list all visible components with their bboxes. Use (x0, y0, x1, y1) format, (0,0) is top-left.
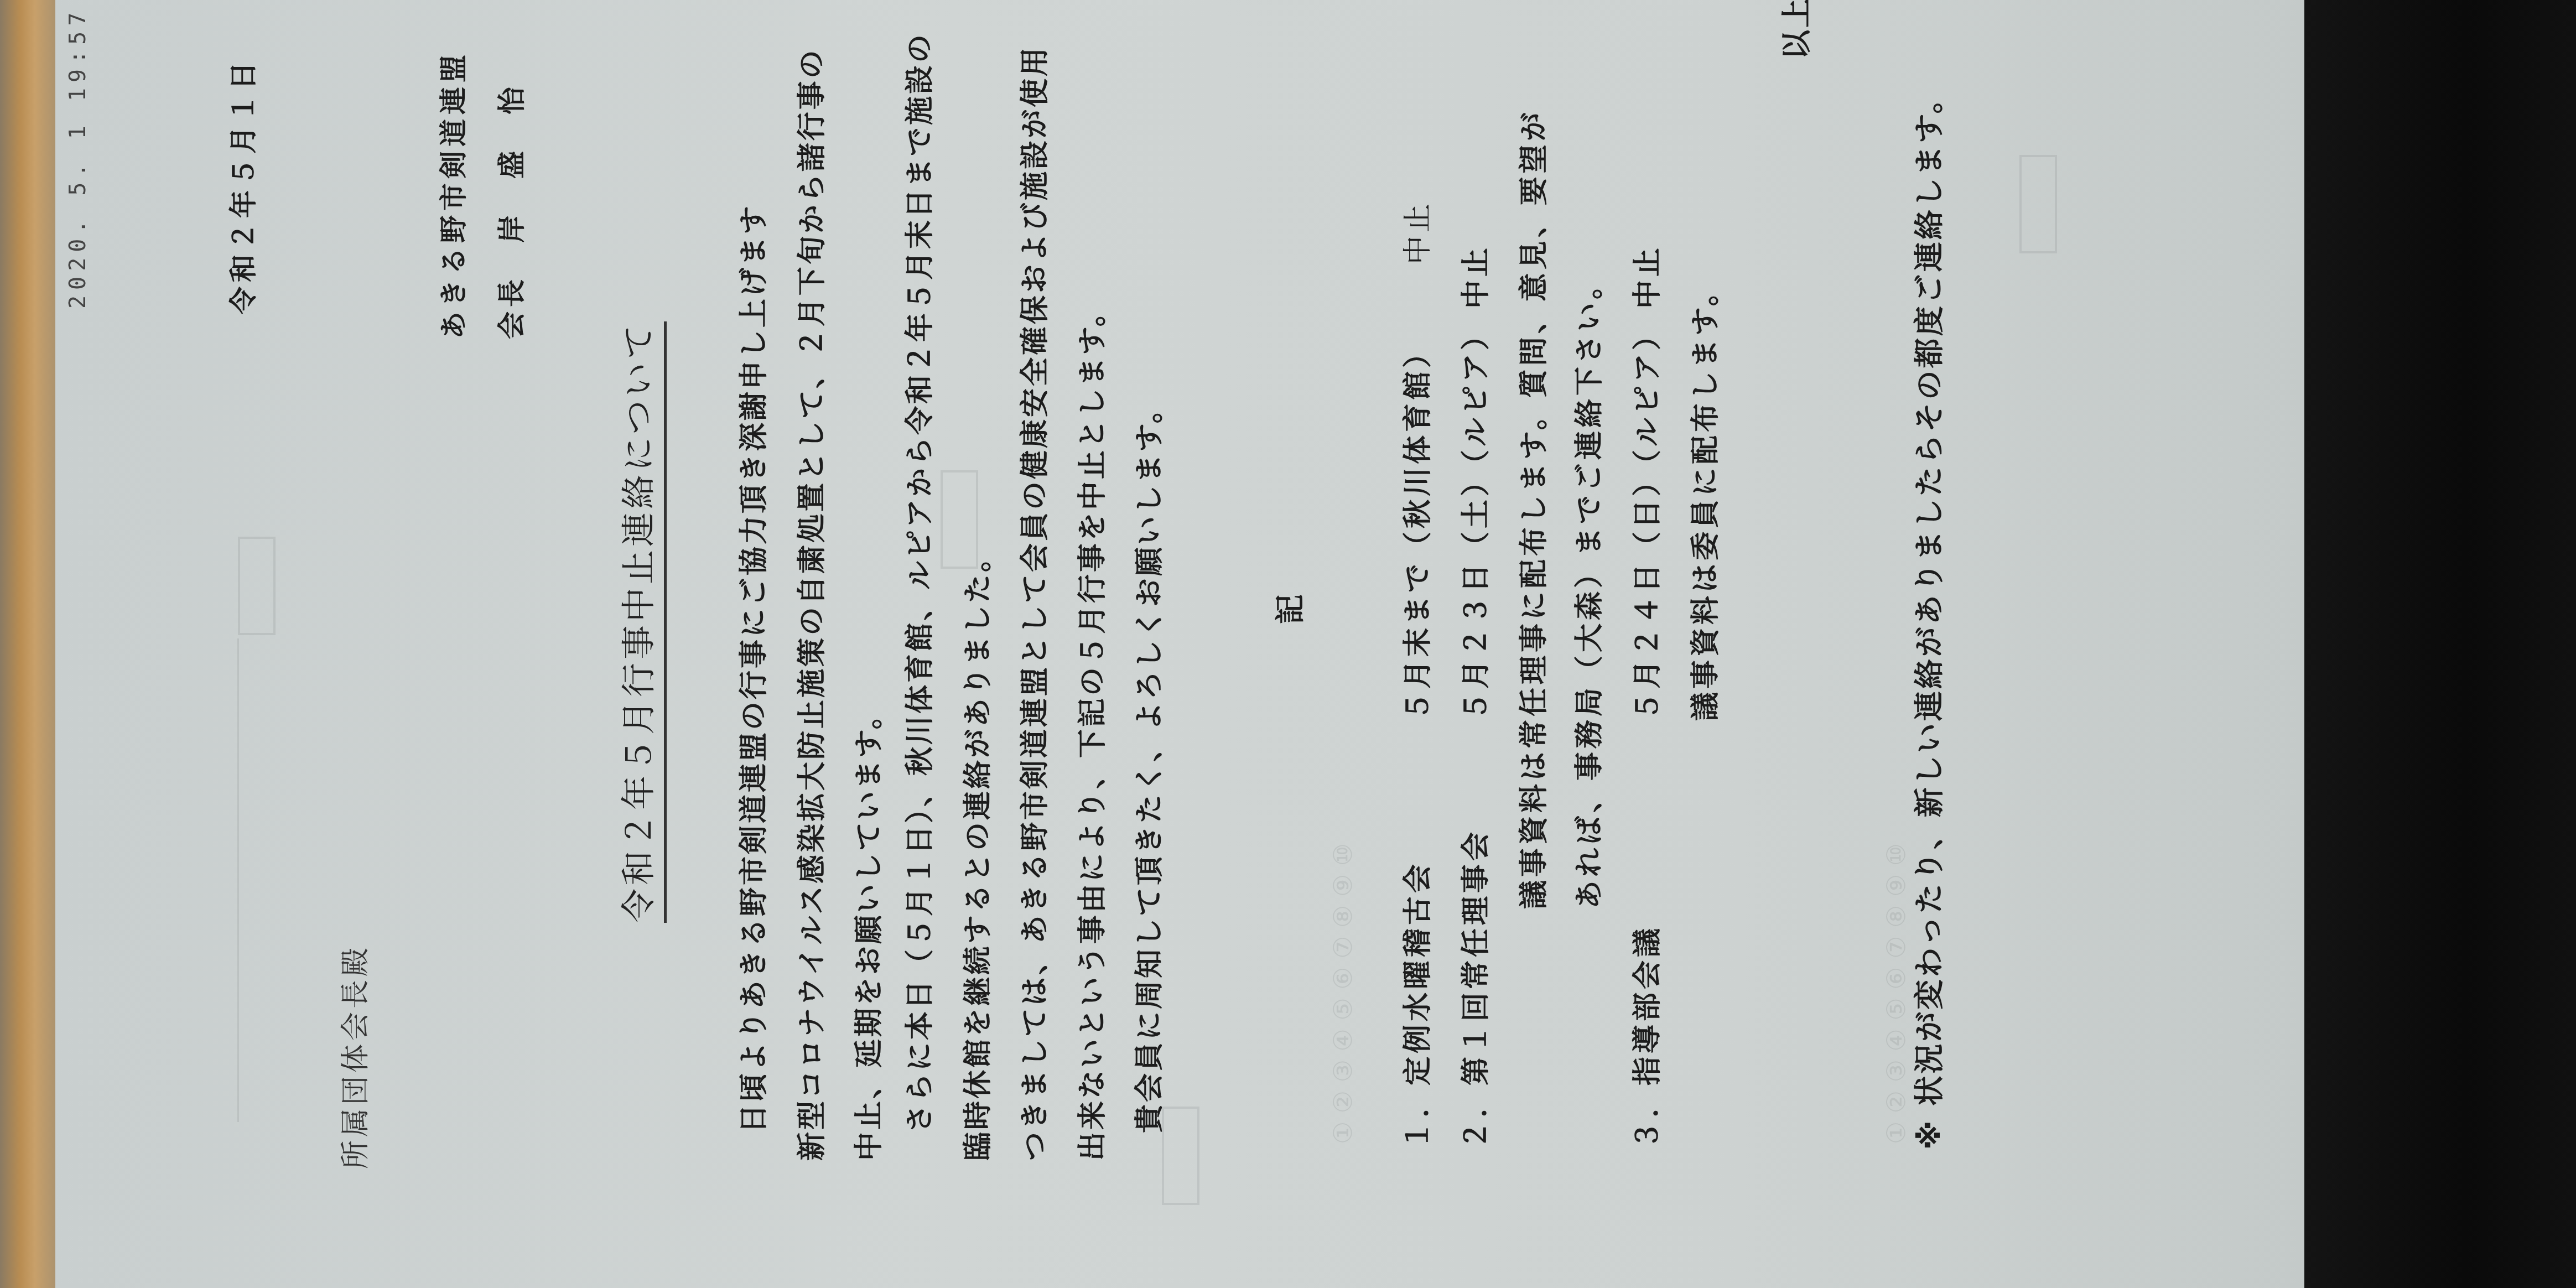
body-line: 臨時休館を継続するとの連絡がありました。 (954, 541, 996, 1161)
item-1-label: １．定例水曜稽古会 (1394, 861, 1436, 1150)
bleed-through-box (238, 537, 276, 635)
bleed-through-text: ――――――――――――――――――― (221, 638, 251, 1122)
item-3-note: 議事資料は委員に配布します。 (1682, 274, 1723, 721)
body-line: 中止、延期をお願いしています。 (845, 698, 887, 1161)
body-line: 日頃よりあきる野市剣道連盟の行事にご協力頂き深謝申し上げます (730, 204, 772, 1133)
ki-heading: 記 (1267, 594, 1310, 624)
item-1-status: 中止 (1394, 200, 1436, 264)
closing-ijo: 以上 (1773, 0, 1816, 60)
item-1-when: ５月末まで（秋川体育館） (1394, 336, 1436, 721)
item-2-when: ５月２３日（土）（ルピア） (1452, 318, 1494, 721)
item-2-status: 中止 (1452, 245, 1494, 309)
item-3-status: 中止 (1624, 245, 1665, 309)
addressee: 所属団体会長殿 (332, 944, 373, 1169)
item-2-note-line1: 議事資料は常任理事に配布します。質問、意見、要望が (1510, 109, 1552, 909)
fax-timestamp: 2020. 5. 1 19:57 P. (65, 0, 91, 309)
fax-document-page: ――――――――――――――――――― ① ② ③ ④ ⑤ ⑥ ⑦ ⑧ ⑨ ⑩ … (55, 0, 2304, 1288)
item-3-when: ５月２４日（日）（ルピア） (1624, 318, 1665, 721)
sender-organization: あきる野市剣道連盟 (432, 50, 471, 339)
bleed-through-text: ① ② ③ ④ ⑤ ⑥ ⑦ ⑧ ⑨ ⑩ (1328, 843, 1358, 1144)
dark-background (2304, 0, 2576, 1288)
body-line: 貴会員に周知して頂きたく、よろしくお願いします。 (1126, 392, 1167, 1133)
desk-surface-edge (0, 0, 58, 1288)
body-line: さらに本日（５月１日）、秋川体育館、ルピアから令和２年５月末日まで施設の (896, 32, 938, 1133)
bleed-through-box (1162, 1107, 1199, 1205)
item-2-note-line2: あれば、事務局（大森）までご連絡下さい。 (1566, 267, 1607, 909)
item-3-label: ３．指導部会議 (1624, 925, 1665, 1150)
body-line: つきましては、あきる野市剣道連盟として会員の健康安全確保および施設が使用 (1011, 45, 1053, 1161)
body-line: 新型コロナウイルス感染拡大防止施策の自粛処置として、２月下旬から諸行事の (788, 48, 830, 1161)
sender-name: 会長 岸 盛 怡 (490, 82, 529, 339)
letter-date: 令和２年５月１日 (221, 58, 261, 314)
document-title: 令和２年５月行事中止連絡について (611, 321, 667, 923)
item-2-label: ２．第１回常任理事会 (1452, 829, 1494, 1150)
bleed-through-box (2019, 155, 2057, 253)
body-line: 出来ないという事由により、下記の５月行事を中止とします。 (1069, 295, 1110, 1161)
footnote: ※ 状況が変わったり、新しい連絡がありましたらその都度ご連絡します。 (1906, 82, 1949, 1150)
